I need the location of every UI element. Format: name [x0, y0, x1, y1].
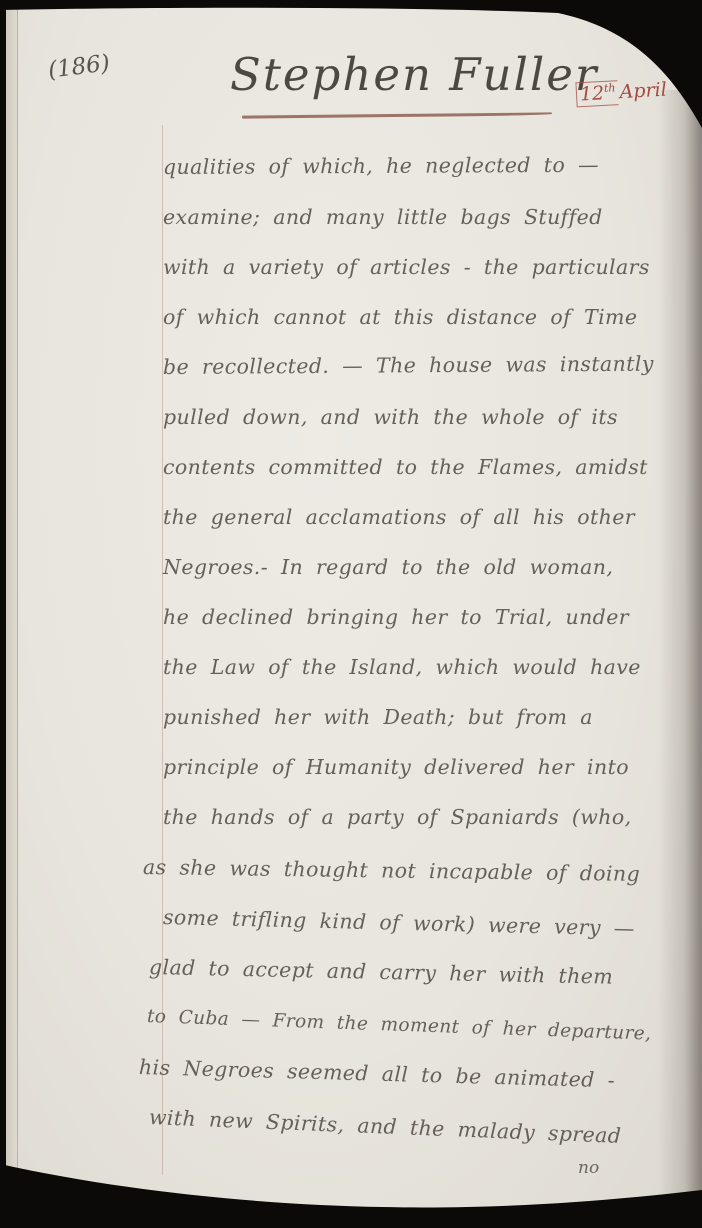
- manuscript-line: punished her with Death; but from a: [163, 692, 671, 742]
- manuscript-line: Negroes.- In regard to the old woman,: [163, 542, 671, 592]
- manuscript-line: be recollected. — The house was instantl…: [163, 338, 671, 392]
- manuscript-line: the general acclamations of all his othe…: [163, 492, 671, 542]
- date-suffix: th: [604, 81, 616, 95]
- manuscript-body: qualities of which, he neglected to — ex…: [163, 142, 671, 1142]
- manuscript-line: of which cannot at this distance of Time: [163, 292, 671, 342]
- date-bracket: 12th: [575, 80, 618, 107]
- manuscript-line: with a variety of articles - the particu…: [163, 242, 671, 292]
- manuscript-line: the Law of the Island, which would have: [163, 642, 671, 692]
- date-annotation: 12thApril: [575, 78, 667, 108]
- manuscript-line: principle of Humanity delivered her into: [163, 742, 671, 792]
- manuscript-line: pulled down, and with the whole of its: [163, 392, 671, 442]
- manuscript-line: qualities of which, he neglected to —: [163, 139, 671, 192]
- page-left-edge: [6, 6, 18, 1228]
- date-day: 12: [579, 82, 604, 105]
- manuscript-line: examine; and many little bags Stuffed: [163, 192, 671, 242]
- manuscript-photo: (186) Stephen Fuller 12thApril qualities…: [0, 0, 702, 1228]
- title-text: Stephen Fuller: [230, 48, 598, 101]
- manuscript-line: as she was thought not incapable of doin…: [143, 842, 672, 899]
- manuscript-line: contents committed to the Flames, amidst: [163, 442, 671, 492]
- date-month: April: [619, 79, 667, 103]
- page-title: Stephen Fuller: [230, 48, 598, 101]
- manuscript-line: he declined bringing her to Trial, under: [163, 592, 671, 642]
- manuscript-line: the hands of a party of Spaniards (who,: [163, 792, 671, 842]
- catchword: no: [578, 1158, 599, 1178]
